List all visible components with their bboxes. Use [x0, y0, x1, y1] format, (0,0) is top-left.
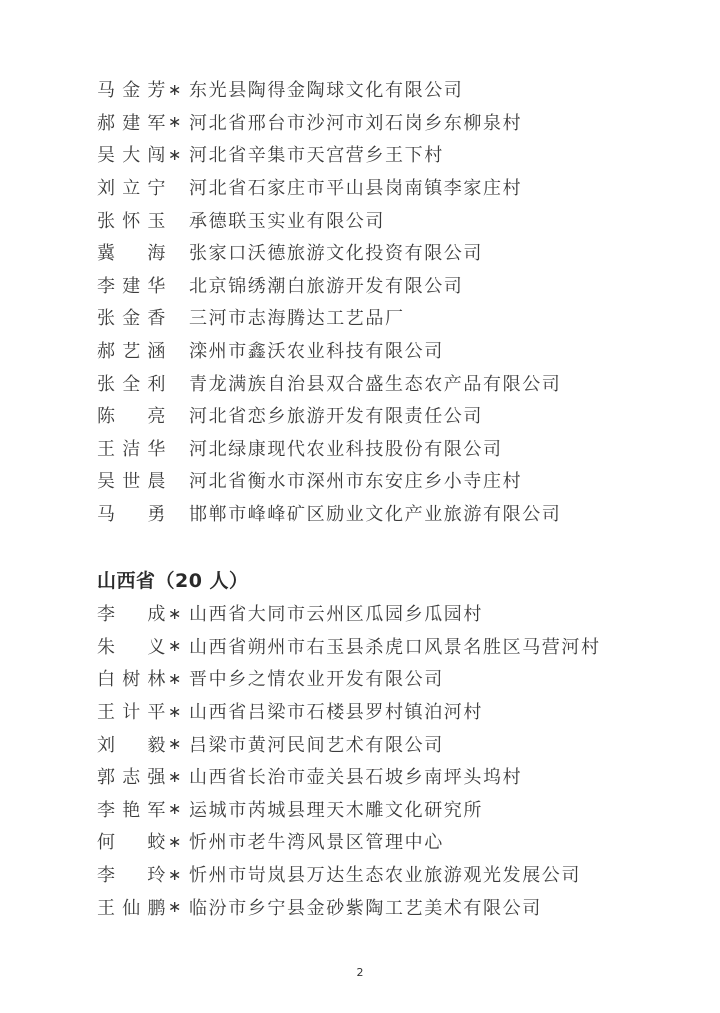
person-name-cell: 何蛟∗: [97, 828, 189, 854]
organization-name: 河北省石家庄市平山县岗南镇李家庄村: [189, 174, 657, 200]
organization-name: 张家口沃德旅游文化投资有限公司: [189, 239, 657, 265]
person-name: 郭志强: [97, 763, 167, 789]
organization-name: 河北省辛集市天宫营乡王下村: [189, 141, 657, 167]
list-item: 张金香三河市志海腾达工艺品厂: [97, 301, 657, 334]
person-name-cell: 吴世晨: [97, 467, 189, 493]
person-name-cell: 张全利: [97, 370, 189, 396]
person-name-cell: 马勇: [97, 500, 189, 526]
asterisk-marker-icon: ∗: [168, 865, 182, 884]
organization-name: 河北省衡水市深州市东安庄乡小寺庄村: [189, 467, 657, 493]
person-name: 马金芳: [97, 76, 167, 102]
asterisk-marker-icon: ∗: [168, 80, 182, 99]
person-name-cell: 陈亮: [97, 402, 189, 428]
person-name-cell: 刘毅∗: [97, 731, 189, 757]
organization-name: 北京锦绣潮白旅游开发有限公司: [189, 272, 657, 298]
person-name-cell: 郝艺涵: [97, 337, 189, 363]
organization-name: 东光县陶得金陶球文化有限公司: [189, 76, 657, 102]
person-name: 张金香: [97, 304, 167, 330]
person-name-cell: 李艳军∗: [97, 796, 189, 822]
list-item: 郭志强∗山西省长治市壶关县石坡乡南坪头坞村: [97, 760, 657, 793]
person-name: 朱义: [97, 633, 167, 659]
list-item: 张全利青龙满族自治县双合盛生态农产品有限公司: [97, 366, 657, 399]
person-name-cell: 王仙鹏∗: [97, 894, 189, 920]
person-name-cell: 白树林∗: [97, 665, 189, 691]
document-page: 马金芳∗东光县陶得金陶球文化有限公司郝建军∗河北省邢台市沙河市刘石岗乡东柳泉村吴…: [0, 0, 720, 1013]
organization-name: 河北省邢台市沙河市刘石岗乡东柳泉村: [189, 109, 657, 135]
list-item: 王计平∗山西省吕梁市石楼县罗村镇泊河村: [97, 695, 657, 728]
person-name: 刘毅: [97, 731, 167, 757]
list-item: 李成∗山西省大同市云州区瓜园乡瓜园村: [97, 597, 657, 630]
organization-name: 吕梁市黄河民间艺术有限公司: [189, 731, 657, 757]
person-name-cell: 张怀玉: [97, 207, 189, 233]
list-item: 马勇邯郸市峰峰矿区励业文化产业旅游有限公司: [97, 497, 657, 530]
asterisk-marker-icon: ∗: [168, 669, 182, 688]
person-name: 张怀玉: [97, 207, 167, 233]
list-item: 刘立宁河北省石家庄市平山县岗南镇李家庄村: [97, 171, 657, 204]
organization-name: 邯郸市峰峰矿区励业文化产业旅游有限公司: [189, 500, 657, 526]
asterisk-marker-icon: ∗: [168, 112, 182, 131]
person-name-cell: 李建华: [97, 272, 189, 298]
person-name-cell: 张金香: [97, 304, 189, 330]
person-name: 李玲: [97, 861, 167, 887]
person-name-cell: 刘立宁: [97, 174, 189, 200]
person-name: 李建华: [97, 272, 167, 298]
organization-name: 承德联玉实业有限公司: [189, 207, 657, 233]
organization-name: 临汾市乡宁县金砂紫陶工艺美术有限公司: [189, 894, 657, 920]
list-item: 陈亮河北省恋乡旅游开发有限责任公司: [97, 399, 657, 432]
organization-name: 晋中乡之情农业开发有限公司: [189, 665, 657, 691]
person-name: 吴世晨: [97, 467, 167, 493]
person-name: 吴大闯: [97, 141, 167, 167]
asterisk-marker-icon: ∗: [168, 832, 182, 851]
organization-name: 山西省朔州市右玉县杀虎口风景名胜区马营河村: [189, 633, 657, 659]
person-name-cell: 王计平∗: [97, 698, 189, 724]
person-name: 王计平: [97, 698, 167, 724]
list-item: 郝建军∗河北省邢台市沙河市刘石岗乡东柳泉村: [97, 106, 657, 139]
person-name: 白树林: [97, 665, 167, 691]
organization-name: 河北省恋乡旅游开发有限责任公司: [189, 402, 657, 428]
list-item: 李艳军∗运城市芮城县理天木雕文化研究所: [97, 793, 657, 826]
person-name: 刘立宁: [97, 174, 167, 200]
person-name: 何蛟: [97, 828, 167, 854]
organization-name: 三河市志海腾达工艺品厂: [189, 304, 657, 330]
organization-name: 山西省大同市云州区瓜园乡瓜园村: [189, 600, 657, 626]
list-item: 朱义∗山西省朔州市右玉县杀虎口风景名胜区马营河村: [97, 630, 657, 663]
organization-name: 运城市芮城县理天木雕文化研究所: [189, 796, 657, 822]
list-item: 吴大闯∗河北省辛集市天宫营乡王下村: [97, 138, 657, 171]
person-name-cell: 吴大闯∗: [97, 141, 189, 167]
person-name: 马勇: [97, 500, 167, 526]
list-item: 王洁华河北绿康现代农业科技股份有限公司: [97, 432, 657, 465]
person-name-cell: 李成∗: [97, 600, 189, 626]
list-item: 冀海张家口沃德旅游文化投资有限公司: [97, 236, 657, 269]
person-name: 郝建军: [97, 109, 167, 135]
organization-name: 滦州市鑫沃农业科技有限公司: [189, 337, 657, 363]
person-name-cell: 郝建军∗: [97, 109, 189, 135]
person-name: 冀海: [97, 239, 167, 265]
asterisk-marker-icon: ∗: [168, 799, 182, 818]
list-item: 吴世晨河北省衡水市深州市东安庄乡小寺庄村: [97, 464, 657, 497]
page-number: 2: [0, 966, 720, 979]
person-name-cell: 郭志强∗: [97, 763, 189, 789]
person-name: 陈亮: [97, 402, 167, 428]
list-item: 刘毅∗吕梁市黄河民间艺术有限公司: [97, 727, 657, 760]
person-name: 张全利: [97, 370, 167, 396]
asterisk-marker-icon: ∗: [168, 702, 182, 721]
person-name: 郝艺涵: [97, 337, 167, 363]
organization-name: 山西省长治市壶关县石坡乡南坪头坞村: [189, 763, 657, 789]
person-name: 李艳军: [97, 796, 167, 822]
section-heading-shanxi: 山西省（20 人）: [97, 566, 249, 593]
organization-name: 山西省吕梁市石楼县罗村镇泊河村: [189, 698, 657, 724]
asterisk-marker-icon: ∗: [168, 604, 182, 623]
person-name: 李成: [97, 600, 167, 626]
list-item: 李玲∗忻州市岢岚县万达生态农业旅游观光发展公司: [97, 858, 657, 891]
person-name-cell: 王洁华: [97, 435, 189, 461]
person-name: 王洁华: [97, 435, 167, 461]
asterisk-marker-icon: ∗: [168, 145, 182, 164]
person-name-cell: 李玲∗: [97, 861, 189, 887]
person-name: 王仙鹏: [97, 894, 167, 920]
asterisk-marker-icon: ∗: [168, 767, 182, 786]
person-name-cell: 马金芳∗: [97, 76, 189, 102]
asterisk-marker-icon: ∗: [168, 734, 182, 753]
list-item: 张怀玉承德联玉实业有限公司: [97, 203, 657, 236]
shanxi-list: 李成∗山西省大同市云州区瓜园乡瓜园村朱义∗山西省朔州市右玉县杀虎口风景名胜区马营…: [97, 597, 657, 923]
organization-name: 忻州市岢岚县万达生态农业旅游观光发展公司: [189, 861, 657, 887]
person-name-cell: 冀海: [97, 239, 189, 265]
list-item: 白树林∗晋中乡之情农业开发有限公司: [97, 662, 657, 695]
person-name-cell: 朱义∗: [97, 633, 189, 659]
organization-name: 青龙满族自治县双合盛生态农产品有限公司: [189, 370, 657, 396]
list-item: 王仙鹏∗临汾市乡宁县金砂紫陶工艺美术有限公司: [97, 890, 657, 923]
list-item: 郝艺涵滦州市鑫沃农业科技有限公司: [97, 334, 657, 367]
asterisk-marker-icon: ∗: [168, 636, 182, 655]
list-item: 李建华北京锦绣潮白旅游开发有限公司: [97, 269, 657, 302]
asterisk-marker-icon: ∗: [168, 897, 182, 916]
list-item: 何蛟∗忻州市老牛湾风景区管理中心: [97, 825, 657, 858]
organization-name: 河北绿康现代农业科技股份有限公司: [189, 435, 657, 461]
organization-name: 忻州市老牛湾风景区管理中心: [189, 828, 657, 854]
hebei-list: 马金芳∗东光县陶得金陶球文化有限公司郝建军∗河北省邢台市沙河市刘石岗乡东柳泉村吴…: [97, 73, 657, 529]
list-item: 马金芳∗东光县陶得金陶球文化有限公司: [97, 73, 657, 106]
